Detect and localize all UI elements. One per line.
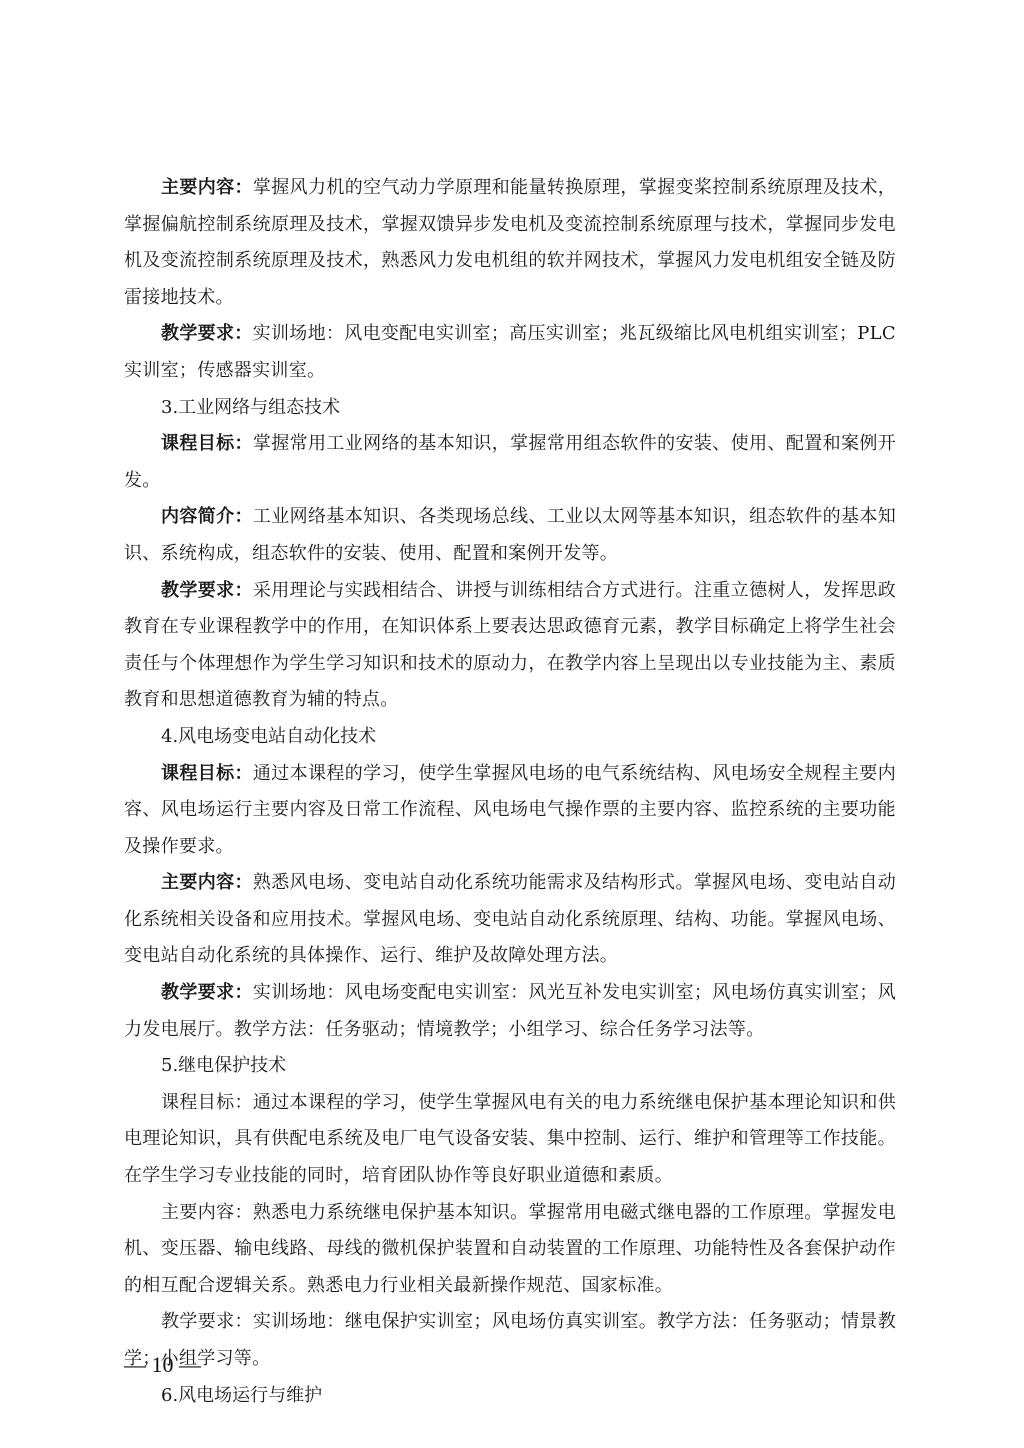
paragraph-label: 教学要求： [161,982,253,1003]
section-heading-4: 4.风电场变电站自动化技术 [124,719,896,756]
paragraph-main-content-5: 主要内容：熟悉电力系统继电保护基本知识。掌握常用电磁式继电器的工作原理。掌握发电… [124,1195,896,1305]
paragraph-label: 教学要求： [161,323,253,344]
paragraph-course-goal-4: 课程目标：通过本课程的学习，使学生掌握风电场的电气系统结构、风电场安全规程主要内… [124,756,896,866]
paragraph-label: 主要内容： [161,1202,253,1223]
paragraph-teaching-requirements-5: 教学要求：实训场地：继电保护实训室；风电场仿真实训室。教学方法：任务驱动；情景教… [124,1304,896,1377]
paragraph-label: 主要内容： [161,872,253,893]
paragraph-label: 课程目标： [161,1092,253,1113]
paragraph-label: 内容简介： [161,506,253,527]
paragraph-label: 主要内容： [161,177,253,198]
paragraph-course-goal-5: 课程目标：通过本课程的学习，使学生掌握风电有关的电力系统继电保护基本理论知识和供… [124,1085,896,1195]
paragraph-course-goal-3: 课程目标：掌握常用工业网络的基本知识，掌握常用组态软件的安装、使用、配置和案例开… [124,426,896,499]
page-number: — 10 — [124,1352,201,1378]
paragraph-teaching-requirements-wind-turbine: 教学要求：实训场地：风电变配电实训室；高压实训室；兆瓦级缩比风电机组实训室；PL… [124,316,896,389]
paragraph-content-intro-3: 内容简介：工业网络基本知识、各类现场总线、工业以太网等基本知识，组态软件的基本知… [124,499,896,572]
paragraph-label: 教学要求： [161,580,253,601]
section-heading-6: 6.风电场运行与维护 [124,1378,896,1415]
document-body: 主要内容：掌握风力机的空气动力学原理和能量转换原理，掌握变桨控制系统原理及技术，… [124,170,896,1414]
paragraph-teaching-requirements-4: 教学要求：实训场地：风电场变配电实训室：风光互补发电实训室；风电场仿真实训室；风… [124,975,896,1048]
section-heading-5: 5.继电保护技术 [124,1048,896,1085]
paragraph-label: 教学要求： [161,1311,253,1332]
paragraph-label: 课程目标： [161,433,253,454]
paragraph-main-content-wind-turbine: 主要内容：掌握风力机的空气动力学原理和能量转换原理，掌握变桨控制系统原理及技术，… [124,170,896,316]
paragraph-teaching-requirements-3: 教学要求：采用理论与实践相结合、讲授与训练相结合方式进行。注重立德树人，发挥思政… [124,573,896,719]
section-heading-3: 3.工业网络与组态技术 [124,390,896,427]
paragraph-label: 课程目标： [161,763,253,784]
paragraph-main-content-4: 主要内容：熟悉风电场、变电站自动化系统功能需求及结构形式。掌握风电场、变电站自动… [124,865,896,975]
